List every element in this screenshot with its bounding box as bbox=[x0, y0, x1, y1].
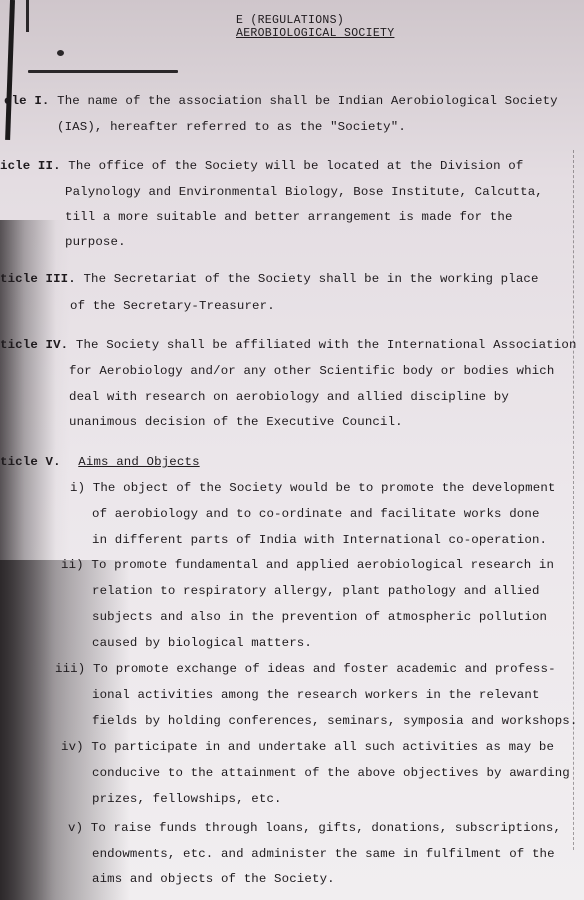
item-number: iii) bbox=[55, 662, 85, 676]
section-heading: Aims and Objects bbox=[78, 455, 199, 469]
item-number: iv) bbox=[61, 740, 84, 754]
item-text: endowments, etc. and administer the same… bbox=[92, 847, 555, 861]
list-item: i) The object of the Society would be to… bbox=[70, 481, 556, 495]
item-text: To raise funds through loans, gifts, don… bbox=[91, 821, 561, 835]
item-text: relation to respiratory allergy, plant p… bbox=[92, 584, 540, 598]
article-5: ticle V. Aims and Objects bbox=[0, 455, 200, 469]
item-text: conducive to the attainment of the above… bbox=[92, 766, 570, 780]
header-line-1: E (REGULATIONS) bbox=[236, 14, 394, 27]
article-1: cle I. The name of the association shall… bbox=[4, 94, 558, 108]
article-text: The Secretariat of the Society shall be … bbox=[83, 272, 538, 286]
item-text: subjects and also in the prevention of a… bbox=[92, 610, 547, 624]
item-text: To promote exchange of ideas and foster … bbox=[93, 662, 556, 676]
document-page: E (REGULATIONS) AEROBIOLOGICAL SOCIETY c… bbox=[0, 0, 584, 900]
article-text: The Society shall be affiliated with the… bbox=[76, 338, 577, 352]
article-2: icle II. The office of the Society will … bbox=[0, 159, 523, 173]
item-text: ional activities among the research work… bbox=[92, 688, 540, 702]
ink-mark bbox=[57, 50, 64, 56]
item-text: aims and objects of the Society. bbox=[92, 872, 335, 886]
item-number: ii) bbox=[61, 558, 84, 572]
margin-line bbox=[26, 0, 29, 32]
header-title: AEROBIOLOGICAL SOCIETY bbox=[236, 27, 394, 40]
document-header: E (REGULATIONS) AEROBIOLOGICAL SOCIETY bbox=[236, 14, 394, 40]
item-text: To promote fundamental and applied aerob… bbox=[91, 558, 554, 572]
item-text: caused by biological matters. bbox=[92, 636, 312, 650]
item-number: v) bbox=[68, 821, 83, 835]
typed-dash bbox=[28, 70, 178, 73]
item-text: in different parts of India with Interna… bbox=[92, 533, 547, 547]
article-text: of the Secretary-Treasurer. bbox=[70, 299, 275, 313]
article-label: ticle III. bbox=[0, 272, 76, 286]
item-text: To participate in and undertake all such… bbox=[91, 740, 554, 754]
article-label: cle I. bbox=[4, 94, 50, 108]
article-text: The name of the association shall be Ind… bbox=[57, 94, 558, 108]
margin-line bbox=[5, 0, 15, 140]
list-item: ii) To promote fundamental and applied a… bbox=[61, 558, 554, 572]
article-text: for Aerobiology and/or any other Scienti… bbox=[69, 364, 554, 378]
list-item: iii) To promote exchange of ideas and fo… bbox=[55, 662, 556, 676]
article-text: Palynology and Environmental Biology, Bo… bbox=[65, 185, 543, 199]
article-text: The office of the Society will be locate… bbox=[68, 159, 523, 173]
page-edge bbox=[572, 150, 574, 850]
item-text: fields by holding conferences, seminars,… bbox=[92, 714, 577, 728]
article-text: (IAS), hereafter referred to as the "Soc… bbox=[57, 120, 406, 134]
article-text: unanimous decision of the Executive Coun… bbox=[69, 415, 403, 429]
item-text: The object of the Society would be to pr… bbox=[93, 481, 556, 495]
article-label: ticle IV. bbox=[0, 338, 68, 352]
article-3: ticle III. The Secretariat of the Societ… bbox=[0, 272, 539, 286]
article-label: ticle V. bbox=[0, 455, 61, 469]
item-number: i) bbox=[70, 481, 85, 495]
list-item: v) To raise funds through loans, gifts, … bbox=[68, 821, 561, 835]
item-text: of aerobiology and to co-ordinate and fa… bbox=[92, 507, 540, 521]
article-label: icle II. bbox=[0, 159, 61, 173]
list-item: iv) To participate in and undertake all … bbox=[61, 740, 554, 754]
article-text: deal with research on aerobiology and al… bbox=[69, 390, 509, 404]
article-4: ticle IV. The Society shall be affiliate… bbox=[0, 338, 577, 352]
article-text: till a more suitable and better arrangem… bbox=[65, 210, 513, 224]
item-text: prizes, fellowships, etc. bbox=[92, 792, 282, 806]
article-text: purpose. bbox=[65, 235, 126, 249]
